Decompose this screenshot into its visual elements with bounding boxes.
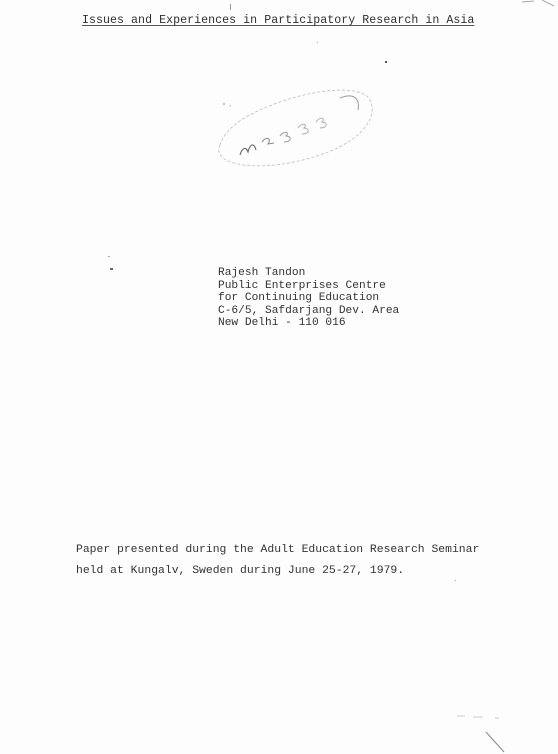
organization-line: Public Enterprises Centre (218, 280, 399, 293)
street-address: C-6/5, Safdarjang Dev. Area (218, 305, 399, 318)
scan-speck (385, 61, 387, 63)
author-address-block: Rajesh Tandon Public Enterprises Centre … (218, 267, 399, 330)
document-title: Issues and Experiences in Participatory … (82, 14, 474, 27)
presentation-note-line-1: Paper presented during the Adult Educati… (76, 540, 479, 561)
organization-line-2: for Continuing Education (218, 292, 399, 305)
scan-edge-mark-icon (520, 0, 558, 10)
scan-speck (108, 256, 110, 257)
document-page: Issues and Experiences in Participatory … (0, 0, 558, 754)
scan-speck (455, 580, 456, 581)
scan-speck (110, 268, 113, 270)
author-name: Rajesh Tandon (218, 267, 399, 280)
accession-stamp-icon (200, 70, 380, 180)
presentation-note-line-2: held at Kungalv, Sweden during June 25-2… (76, 561, 479, 582)
scan-edge-mark-icon (455, 712, 515, 722)
scan-speck (230, 4, 231, 10)
presentation-note: Paper presented during the Adult Educati… (76, 540, 479, 582)
city-postcode: New Delhi - 110 016 (218, 317, 399, 330)
scan-speck (317, 42, 318, 43)
scan-edge-mark-icon (480, 730, 510, 754)
